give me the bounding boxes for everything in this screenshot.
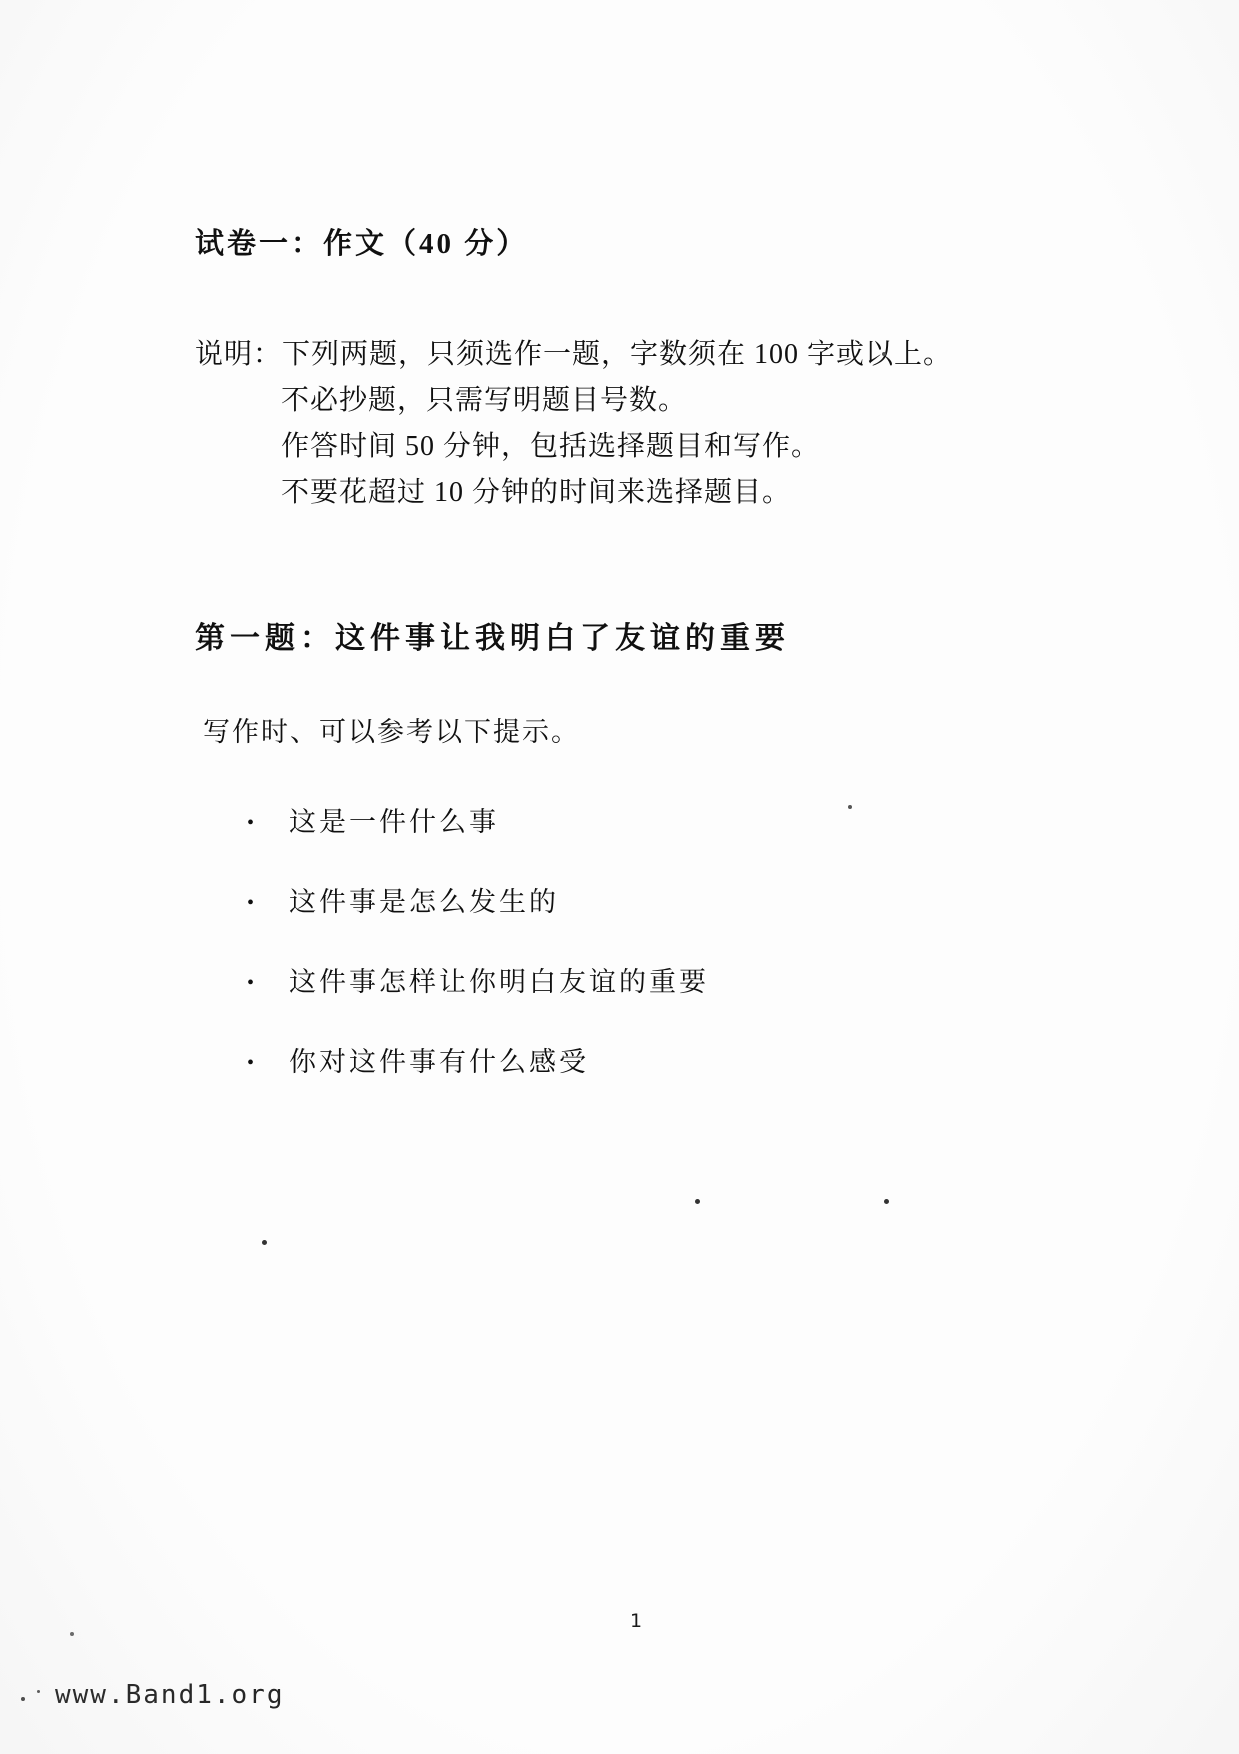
watermark-url: www.Band1.org [55, 1680, 285, 1710]
instructions-line-3: 作答时间 50 分钟，包括选择题目和写作。 [281, 424, 952, 470]
instructions-block: 说明：下列两题，只须选作一题，字数须在 100 字或以上。 不必抄题，只需写明题… [195, 332, 952, 516]
bullet-icon: • [247, 972, 257, 995]
paper-title: 试卷一：作文（40 分） [195, 221, 528, 262]
hint-text: 你对这件事有什么感受 [289, 1040, 589, 1079]
instructions-line-4: 不要花超过 10 分钟的时间来选择题目。 [281, 470, 952, 516]
bullet-icon: • [247, 1052, 257, 1075]
question-1-heading: 第一题：这件事让我明白了友谊的重要 [195, 613, 790, 657]
instructions-label: 说明： [195, 339, 282, 370]
scan-speck [882, 352, 886, 356]
hint-text: 这件事怎样让你明白友谊的重要 [289, 960, 709, 999]
scan-speck [262, 1240, 267, 1245]
scan-speck [884, 1199, 889, 1204]
page-number: 1 [630, 1610, 642, 1632]
hint-list: • 这是一件什么事 • 这件事是怎么发生的 • 这件事怎样让你明白友谊的重要 •… [247, 800, 709, 1120]
scan-speck [695, 1199, 700, 1204]
scan-speck [21, 1697, 25, 1701]
hint-item: • 这是一件什么事 [247, 800, 709, 880]
scanned-exam-page: 试卷一：作文（40 分） 说明：下列两题，只须选作一题，字数须在 100 字或以… [0, 0, 1239, 1754]
scan-speck [848, 805, 852, 809]
scan-speck [37, 1690, 40, 1693]
hint-text: 这是一件什么事 [289, 800, 499, 839]
hint-item: • 你对这件事有什么感受 [247, 1040, 709, 1120]
instructions-line-1-text: 下列两题，只须选作一题，字数须在 100 字或以上。 [282, 339, 952, 370]
hint-text: 这件事是怎么发生的 [289, 880, 559, 919]
scan-speck [70, 1632, 74, 1636]
hint-item: • 这件事怎样让你明白友谊的重要 [247, 960, 709, 1040]
bullet-icon: • [247, 812, 257, 835]
hint-item: • 这件事是怎么发生的 [247, 880, 709, 960]
instructions-line-1: 说明：下列两题，只须选作一题，字数须在 100 字或以上。 [195, 332, 952, 378]
hint-intro-text: 写作时、可以参考以下提示。 [203, 710, 580, 749]
bullet-icon: • [247, 892, 257, 915]
instructions-line-2: 不必抄题，只需写明题目号数。 [281, 378, 952, 424]
